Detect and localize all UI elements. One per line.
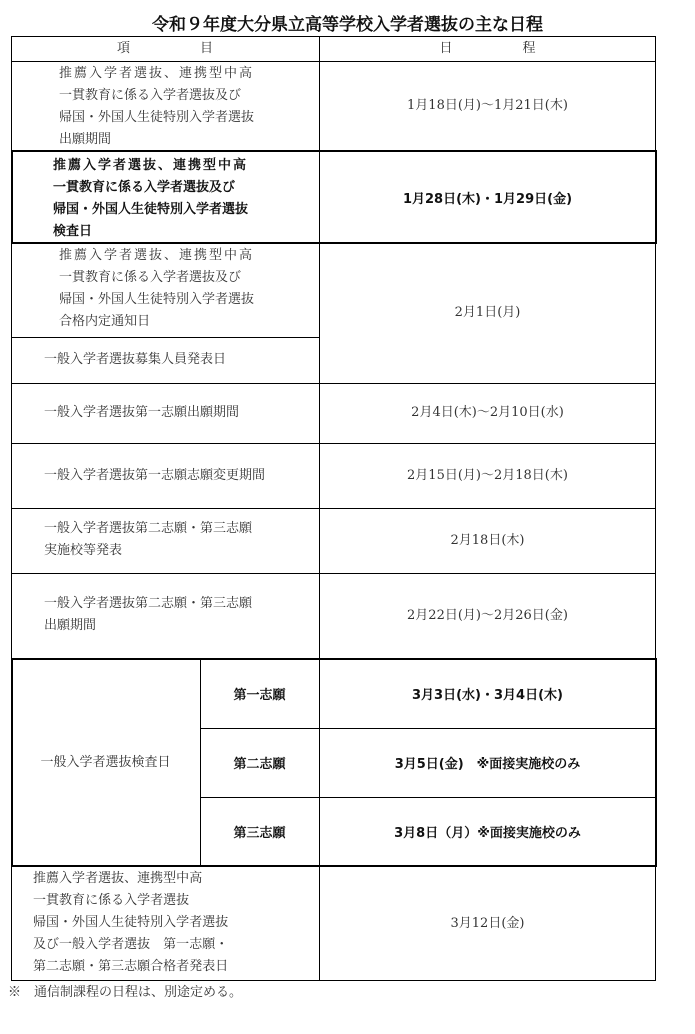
- row-4-item: 一般入学者選抜第一志願出願期間: [11, 383, 319, 443]
- item-line: 推薦入学者選抜、連携型中高: [59, 63, 319, 85]
- row-1-item: 推薦入学者選抜、連携型中高 一貫教育に係る入学者選抜及び 帰国・外国人生徒特別入…: [11, 61, 319, 151]
- row-3-item: 推薦入学者選抜、連携型中高 一貫教育に係る入学者選抜及び 帰国・外国人生徒特別入…: [11, 243, 319, 337]
- final-row-item: 推薦入学者選抜、連携型中高 一貫教育に係る入学者選抜 帰国・外国人生徒特別入学者…: [11, 866, 319, 981]
- item-line: 一般入学者選抜第二志願・第三志願: [44, 593, 319, 615]
- exam-sub-label-1: 第一志願: [200, 659, 319, 728]
- item-line: 実施校等発表: [44, 540, 319, 562]
- header-schedule-char: 日: [439, 38, 452, 60]
- item-line: 合格内定通知日: [59, 311, 285, 333]
- exam-sub-schedule-1: 3月3日(水)・3月4日(木): [319, 659, 656, 728]
- exam-sub-schedule-2: 3月5日(金) ※面接実施校のみ: [319, 728, 656, 797]
- header-item: 項 目: [11, 36, 319, 61]
- exam-group-item: 一般入学者選抜検査日: [11, 659, 200, 866]
- item-line: 出願期間: [44, 615, 319, 637]
- item-line: 一貫教育に係る入学者選抜及び: [53, 177, 319, 199]
- row-7-item: 一般入学者選抜第二志願・第三志願 出願期間: [11, 573, 319, 659]
- item-line: 帰国・外国人生徒特別入学者選抜: [59, 107, 319, 129]
- page-title: 令和９年度大分県立高等学校入学者選抜の主な日程: [0, 10, 695, 35]
- footnote: ※ 通信制課程の日程は、別途定める。: [8, 984, 242, 1002]
- item-line: 出願期間: [59, 129, 285, 151]
- item-line: 第二志願・第三志願合格者発表日: [33, 956, 309, 978]
- row-1-schedule: 1月18日(月)～1月21日(木): [319, 61, 656, 151]
- header-schedule: 日 程: [319, 36, 656, 61]
- row-7-schedule: 2月22日(月)～2月26日(金): [319, 573, 656, 659]
- item-line: 推薦入学者選抜、連携型中高: [53, 155, 319, 177]
- row-2-item: 推薦入学者選抜、連携型中高 一貫教育に係る入学者選抜及び 帰国・外国人生徒特別入…: [11, 151, 319, 243]
- header-item-char: 項: [117, 38, 130, 60]
- row-3b-item: 一般入学者選抜募集人員発表日: [11, 337, 319, 383]
- exam-sub-label-3: 第三志願: [200, 797, 319, 866]
- row-5-schedule: 2月15日(月)～2月18日(木): [319, 443, 656, 508]
- header-schedule-char: 程: [523, 38, 536, 60]
- item-line: 帰国・外国人生徒特別入学者選抜: [59, 289, 319, 311]
- item-line: 一般入学者選抜第二志願・第三志願: [44, 518, 319, 540]
- row-5-item: 一般入学者選抜第一志願志願変更期間: [11, 443, 319, 508]
- exam-sub-schedule-3: 3月8日（月）※面接実施校のみ: [319, 797, 656, 866]
- final-row-schedule: 3月12日(金): [319, 866, 656, 981]
- item-line: 一貫教育に係る入学者選抜: [33, 890, 254, 912]
- item-line: 推薦入学者選抜、連携型中高: [33, 868, 272, 890]
- item-line: 検査日: [53, 221, 285, 243]
- item-line: 一貫教育に係る入学者選抜及び: [59, 267, 319, 289]
- row-6-schedule: 2月18日(木): [319, 508, 656, 573]
- row-6-item: 一般入学者選抜第二志願・第三志願 実施校等発表: [11, 508, 319, 573]
- item-line: 推薦入学者選抜、連携型中高: [59, 245, 319, 267]
- header-item-char: 目: [200, 38, 213, 60]
- item-line: 及び一般入学者選抜 第一志願・: [33, 934, 309, 956]
- item-line: 一貫教育に係る入学者選抜及び: [59, 85, 319, 107]
- item-line: 帰国・外国人生徒特別入学者選抜: [53, 199, 319, 221]
- row-3-schedule: 2月1日(月): [319, 243, 656, 383]
- exam-sub-label-2: 第二志願: [200, 728, 319, 797]
- row-2-schedule: 1月28日(木)・1月29日(金): [319, 151, 656, 243]
- row-4-schedule: 2月4日(木)～2月10日(水): [319, 383, 656, 443]
- item-line: 帰国・外国人生徒特別入学者選抜: [33, 912, 309, 934]
